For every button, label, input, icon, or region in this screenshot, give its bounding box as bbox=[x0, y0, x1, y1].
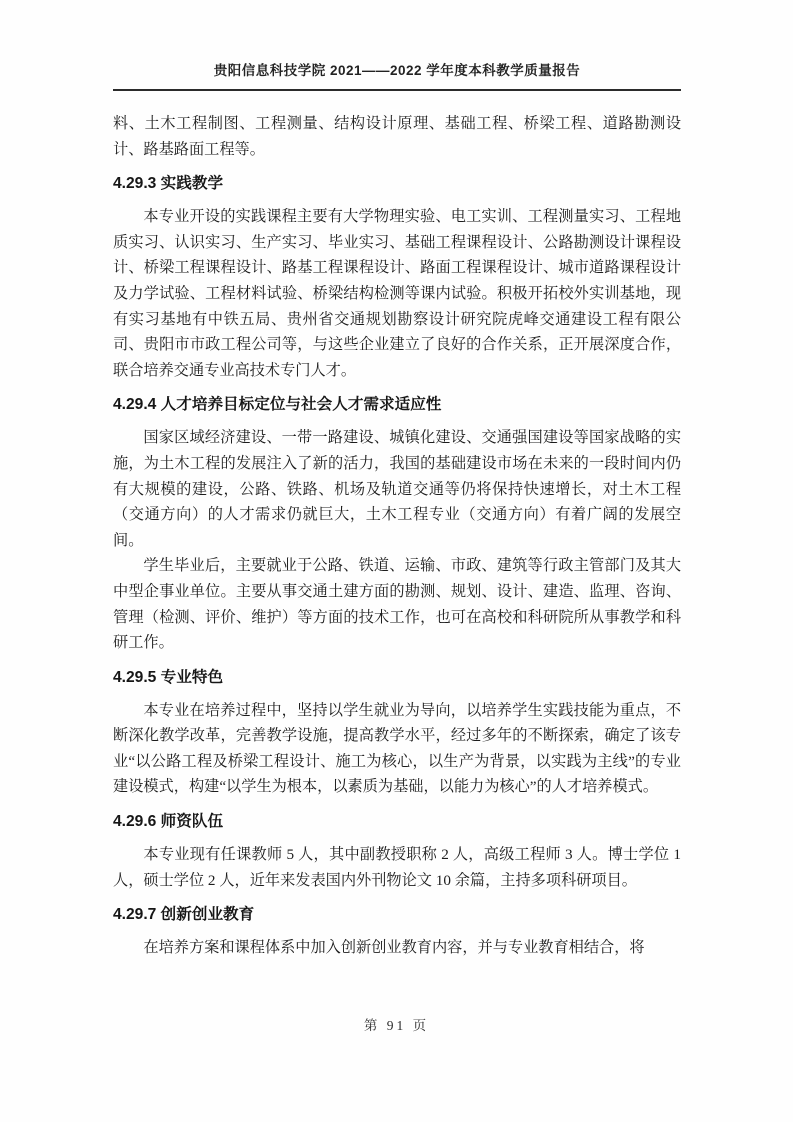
paragraph-faculty-team: 本专业现有任课教师 5 人，其中副教授职称 2 人，高级工程师 3 人。博士学位… bbox=[113, 842, 681, 893]
paragraph-innovation-education: 在培养方案和课程体系中加入创新创业教育内容，并与专业教育相结合，将 bbox=[113, 935, 681, 961]
section-heading-4-29-6: 4.29.6 师资队伍 bbox=[113, 809, 681, 834]
section-heading-4-29-7: 4.29.7 创新创业教育 bbox=[113, 902, 681, 927]
document-body: 料、土木工程制图、工程测量、结构设计原理、基础工程、桥梁工程、道路勘测设计、路基… bbox=[113, 111, 681, 961]
section-heading-4-29-5: 4.29.5 专业特色 bbox=[113, 665, 681, 690]
paragraph-practice-teaching: 本专业开设的实践课程主要有大学物理实验、电工实训、工程测量实习、工程地质实习、认… bbox=[113, 204, 681, 383]
document-page: 贵阳信息科技学院 2021——2022 学年度本科教学质量报告 料、土木工程制图… bbox=[0, 0, 793, 1122]
paragraph-graduate-employment: 学生毕业后，主要就业于公路、铁道、运输、市政、建筑等行政主管部门及其大中型企事业… bbox=[113, 553, 681, 655]
paragraph-major-features: 本专业在培养过程中，坚持以学生就业为导向，以培养学生实践技能为重点，不断深化教学… bbox=[113, 698, 681, 800]
paragraph-course-list-continuation: 料、土木工程制图、工程测量、结构设计原理、基础工程、桥梁工程、道路勘测设计、路基… bbox=[113, 111, 681, 162]
page-number: 第 91 页 bbox=[0, 1014, 793, 1034]
page-header-title: 贵阳信息科技学院 2021——2022 学年度本科教学质量报告 bbox=[113, 60, 681, 91]
section-heading-4-29-4: 4.29.4 人才培养目标定位与社会人才需求适应性 bbox=[113, 392, 681, 417]
section-heading-4-29-3: 4.29.3 实践教学 bbox=[113, 171, 681, 196]
paragraph-national-strategy: 国家区域经济建设、一带一路建设、城镇化建设、交通强国建设等国家战略的实施，为土木… bbox=[113, 425, 681, 553]
